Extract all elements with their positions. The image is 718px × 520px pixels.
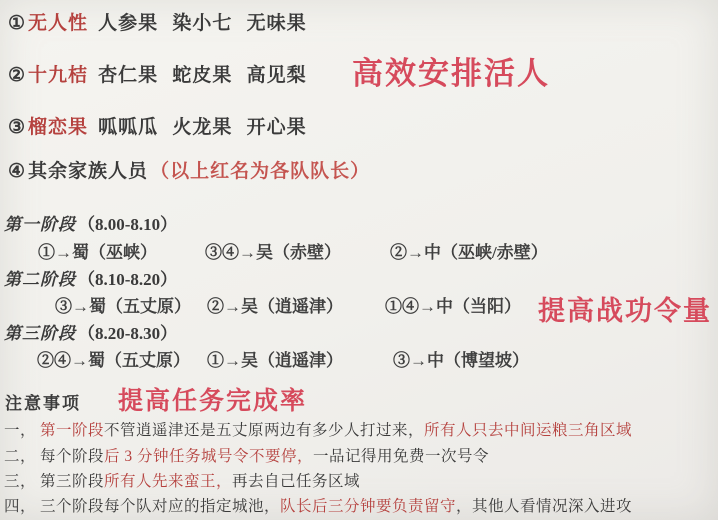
- team-2-members: 杏仁果 蛇皮果 高见梨: [98, 65, 307, 86]
- team-4-name: 其余家族人员: [28, 161, 148, 182]
- team-1-members: 人参果 染小七 无味果: [98, 13, 307, 34]
- stage-2-assignment-shu: ③→蜀（五丈原）: [55, 292, 191, 317]
- note-4-prefix: 四，: [4, 498, 36, 515]
- note-2-segment-2: 后 3 分钟任务城号令不要停，: [104, 448, 313, 465]
- team-3-name: 榴恋果: [28, 117, 88, 138]
- team-4-number: ④: [8, 161, 26, 182]
- team-line-3: ③榴恋果呱呱瓜 火龙果 开心果: [8, 112, 307, 139]
- team-line-4: ④其余家族人员（以上红名为各队队长）: [8, 156, 370, 183]
- stage-2-title: 第二阶段: [4, 270, 76, 289]
- note-2-segment-3: 一品记得用免费一次号令: [313, 448, 489, 465]
- stage-3-title: 第三阶段: [4, 324, 76, 343]
- stage-3-assignment-shu: ②④→蜀（五丈原）: [37, 346, 190, 371]
- note-3-segment-2: 所有人先来蛮王，: [104, 473, 232, 490]
- stage-3-assignment-wu: ①→吴（逍遥津）: [207, 346, 343, 371]
- stage-3-assignments: ②④→蜀（五丈原） ①→吴（逍遥津） ③→中（博望坡）: [0, 346, 718, 370]
- stage-1-time: （8.00-8.10）: [78, 215, 177, 234]
- annotation-headline: 高效安排活人: [352, 48, 550, 93]
- team-2-name: 十九桔: [28, 65, 88, 86]
- stage-1-assignment-wu: ③④→吴（赤壁）: [205, 238, 341, 263]
- team-line-1: ①无人性人参果 染小七 无味果: [8, 8, 307, 35]
- stage-2-header: 第二阶段（8.10-8.20）: [4, 265, 177, 290]
- stage-1-header: 第一阶段（8.00-8.10）: [4, 210, 177, 235]
- stage-1-assignment-zhong: ②→中（巫峡/赤壁）: [390, 238, 548, 263]
- note-line-1: 一，第一阶段不管逍遥津还是五丈原两边有多少人打过来，所有人只去中间运粮三角区域: [4, 418, 632, 440]
- stage-2-assignments: ③→蜀（五丈原） ②→吴（逍遥津） ①④→中（当阳）: [0, 292, 718, 316]
- note-4-segment-3: ，其他人看情况深入进攻: [456, 498, 632, 515]
- note-4-segment-2: 队长后三分钟要负责留守: [280, 498, 456, 515]
- note-1-segment-3: 所有人只去中间运粮三角区域: [424, 422, 632, 439]
- note-line-2: 二，每个阶段后 3 分钟任务城号令不要停，一品记得用免费一次号令: [4, 444, 489, 466]
- stage-2-assignment-wu: ②→吴（逍遥津）: [207, 292, 343, 317]
- note-2-prefix: 二，: [4, 448, 36, 465]
- note-line-4: 四，三个阶段每个队对应的指定城池，队长后三分钟要负责留守，其他人看情况深入进攻: [4, 494, 632, 516]
- notes-heading: 注意事项: [5, 389, 81, 414]
- stage-2-time: （8.10-8.20）: [78, 270, 177, 289]
- stage-1-assignment-shu: ①→蜀（巫峡）: [38, 238, 157, 263]
- team-1-number: ①: [8, 13, 26, 34]
- stage-1-title: 第一阶段: [4, 215, 76, 234]
- note-2-segment-1: 每个阶段: [40, 448, 104, 465]
- note-1-segment-1: 第一阶段: [40, 422, 104, 439]
- note-line-3: 三，第三阶段所有人先来蛮王，再去自己任务区域: [4, 469, 360, 491]
- team-2-number: ②: [8, 65, 26, 86]
- note-1-segment-2: 不管逍遥津还是五丈原两边有多少人打过来，: [104, 422, 424, 439]
- stage-3-header: 第三阶段（8.20-8.30）: [4, 319, 177, 344]
- team-1-name: 无人性: [28, 13, 88, 34]
- stage-3-time: （8.20-8.30）: [78, 324, 177, 343]
- note-3-segment-1: 第三阶段: [40, 473, 104, 490]
- annotation-completion: 提高任务完成率: [118, 381, 307, 417]
- team-line-2: ②十九桔杏仁果 蛇皮果 高见梨: [8, 60, 307, 87]
- note-3-segment-3: 再去自己任务区域: [232, 473, 360, 490]
- stage-3-assignment-zhong: ③→中（博望坡）: [393, 346, 529, 371]
- team-3-members: 呱呱瓜 火龙果 开心果: [98, 117, 307, 138]
- note-4-segment-1: 三个阶段每个队对应的指定城池，: [40, 498, 280, 515]
- note-1-prefix: 一，: [4, 422, 36, 439]
- team-3-number: ③: [8, 117, 26, 138]
- team-4-captain-note: （以上红名为各队队长）: [150, 161, 370, 182]
- document-page: ①无人性人参果 染小七 无味果 ②十九桔杏仁果 蛇皮果 高见梨 ③榴恋果呱呱瓜 …: [0, 0, 718, 520]
- note-3-prefix: 三，: [4, 473, 36, 490]
- stage-2-assignment-zhong: ①④→中（当阳）: [385, 292, 521, 317]
- stage-1-assignments: ①→蜀（巫峡） ③④→吴（赤壁） ②→中（巫峡/赤壁）: [0, 238, 718, 262]
